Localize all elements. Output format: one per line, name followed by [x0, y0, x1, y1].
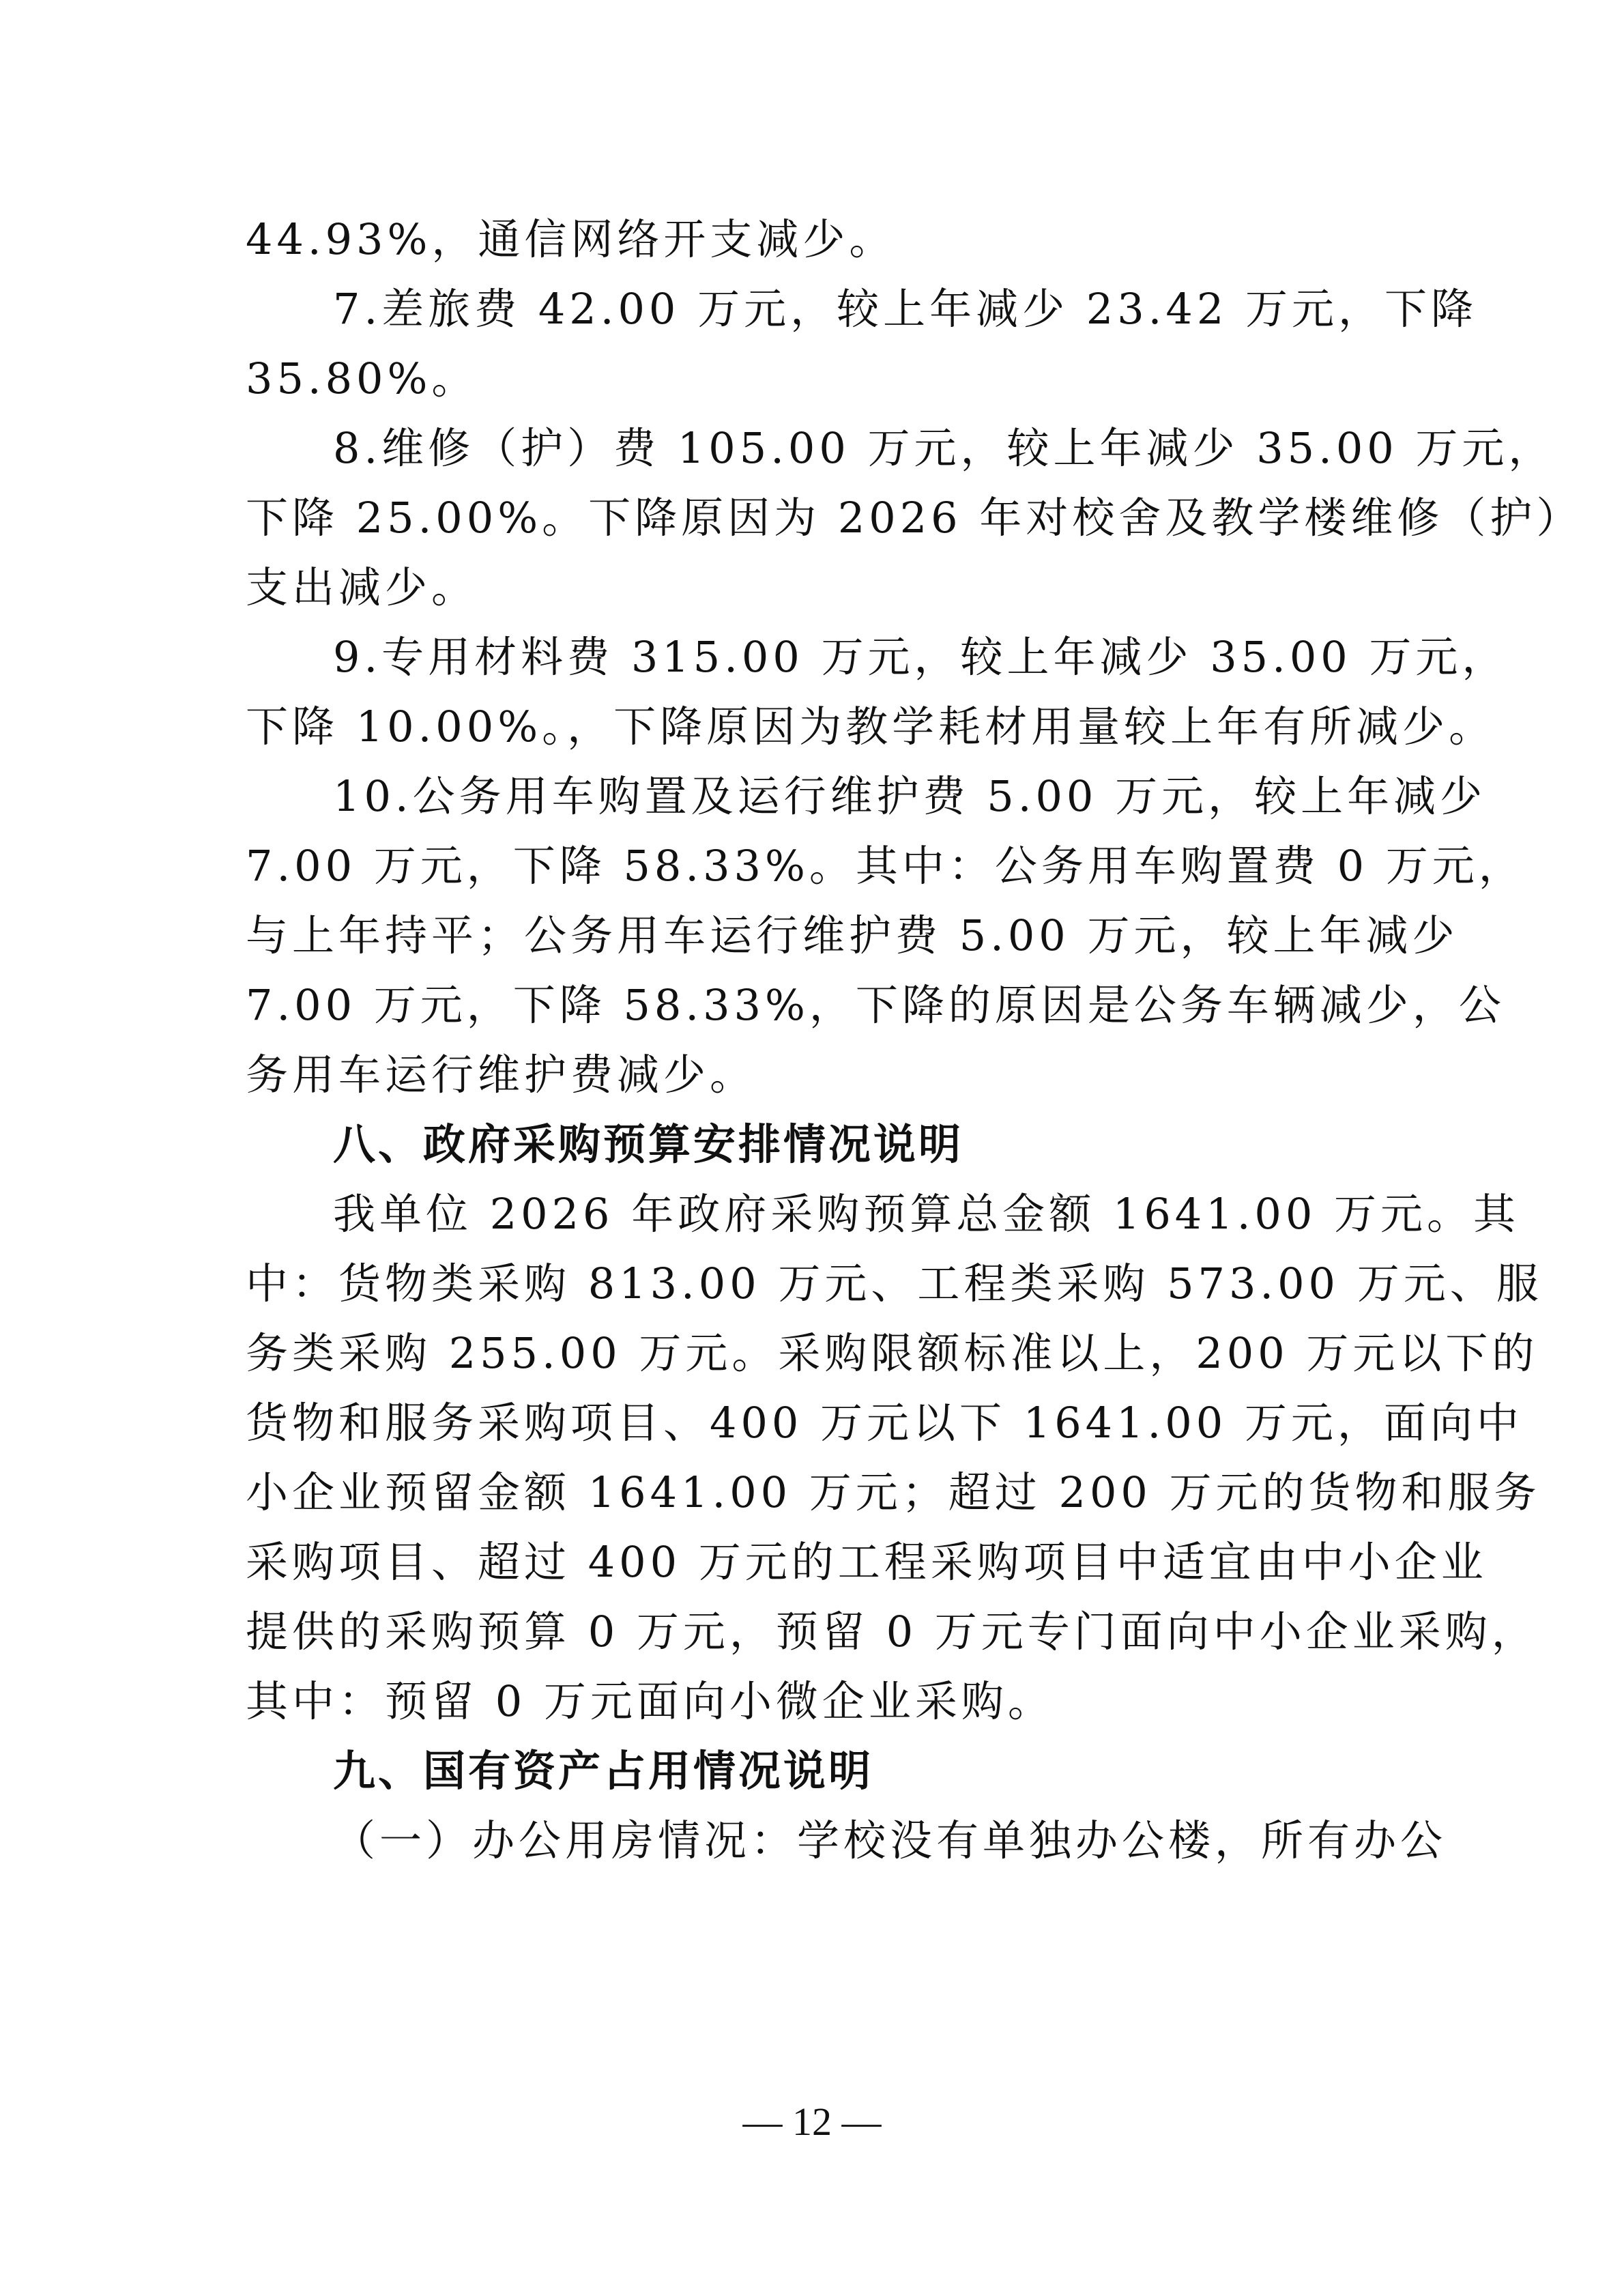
text-line-procurement-sme-reserved: 小企业预留金额 1641.00 万元；超过 200 万元的货物和服务: [246, 1458, 1392, 1527]
text-line-office-space: （一）办公用房情况：学校没有单独办公楼，所有办公: [246, 1806, 1392, 1876]
text-line-travel-expense-percent: 35.80%。: [246, 344, 1392, 414]
text-line-maintenance-reason-end: 支出减少。: [246, 553, 1392, 622]
text-line-procurement-sme-budget: 提供的采购预算 0 万元，预留 0 万元专门面向中小企业采购，: [246, 1597, 1392, 1667]
text-line-procurement-total: 我单位 2026 年政府采购预算总金额 1641.00 万元。其: [246, 1179, 1392, 1249]
document-page: 44.93%，通信网络开支减少。 7.差旅费 42.00 万元，较上年减少 23…: [0, 0, 1624, 2296]
text-line-official-vehicles-reason-end: 务用车运行维护费减少。: [246, 1040, 1392, 1110]
section-heading-state-assets: 九、国有资产占用情况说明: [246, 1736, 1392, 1806]
document-body: 44.93%，通信网络开支减少。 7.差旅费 42.00 万元，较上年减少 23…: [246, 205, 1392, 1876]
text-line-maintenance-reason: 下降 25.00%。下降原因为 2026 年对校舍及教学楼维修（护）: [246, 483, 1392, 553]
text-line-procurement-goods-services: 货物和服务采购项目、400 万元以下 1641.00 万元，面向中: [246, 1388, 1392, 1458]
text-line-special-materials-reason: 下降 10.00%。，下降原因为教学耗材用量较上年有所减少。: [246, 692, 1392, 762]
text-line-travel-expense: 7.差旅费 42.00 万元，较上年减少 23.42 万元，下降: [246, 274, 1392, 344]
page-number: — 12 —: [0, 2099, 1624, 2144]
text-line-special-materials: 9.专用材料费 315.00 万元，较上年减少 35.00 万元，: [246, 622, 1392, 692]
text-line-procurement-services: 务类采购 255.00 万元。采购限额标准以上，200 万元以下的: [246, 1319, 1392, 1388]
text-line-procurement-engineering: 采购项目、超过 400 万元的工程采购项目中适宜由中小企业: [246, 1527, 1392, 1597]
text-line-procurement-breakdown: 中：货物类采购 813.00 万元、工程类采购 573.00 万元、服: [246, 1249, 1392, 1319]
text-line-official-vehicles-purchase: 7.00 万元，下降 58.33%。其中：公务用车购置费 0 万元，: [246, 831, 1392, 901]
text-line-continuation-communication: 44.93%，通信网络开支减少。: [246, 205, 1392, 274]
text-line-procurement-micro: 其中：预留 0 万元面向小微企业采购。: [246, 1667, 1392, 1736]
section-heading-government-procurement: 八、政府采购预算安排情况说明: [246, 1110, 1392, 1179]
text-line-official-vehicles: 10.公务用车购置及运行维护费 5.00 万元，较上年减少: [246, 762, 1392, 831]
text-line-official-vehicles-operation: 与上年持平；公务用车运行维护费 5.00 万元，较上年减少: [246, 901, 1392, 971]
text-line-maintenance-expense: 8.维修（护）费 105.00 万元，较上年减少 35.00 万元，: [246, 414, 1392, 483]
text-line-official-vehicles-reason: 7.00 万元，下降 58.33%，下降的原因是公务车辆减少，公: [246, 971, 1392, 1040]
